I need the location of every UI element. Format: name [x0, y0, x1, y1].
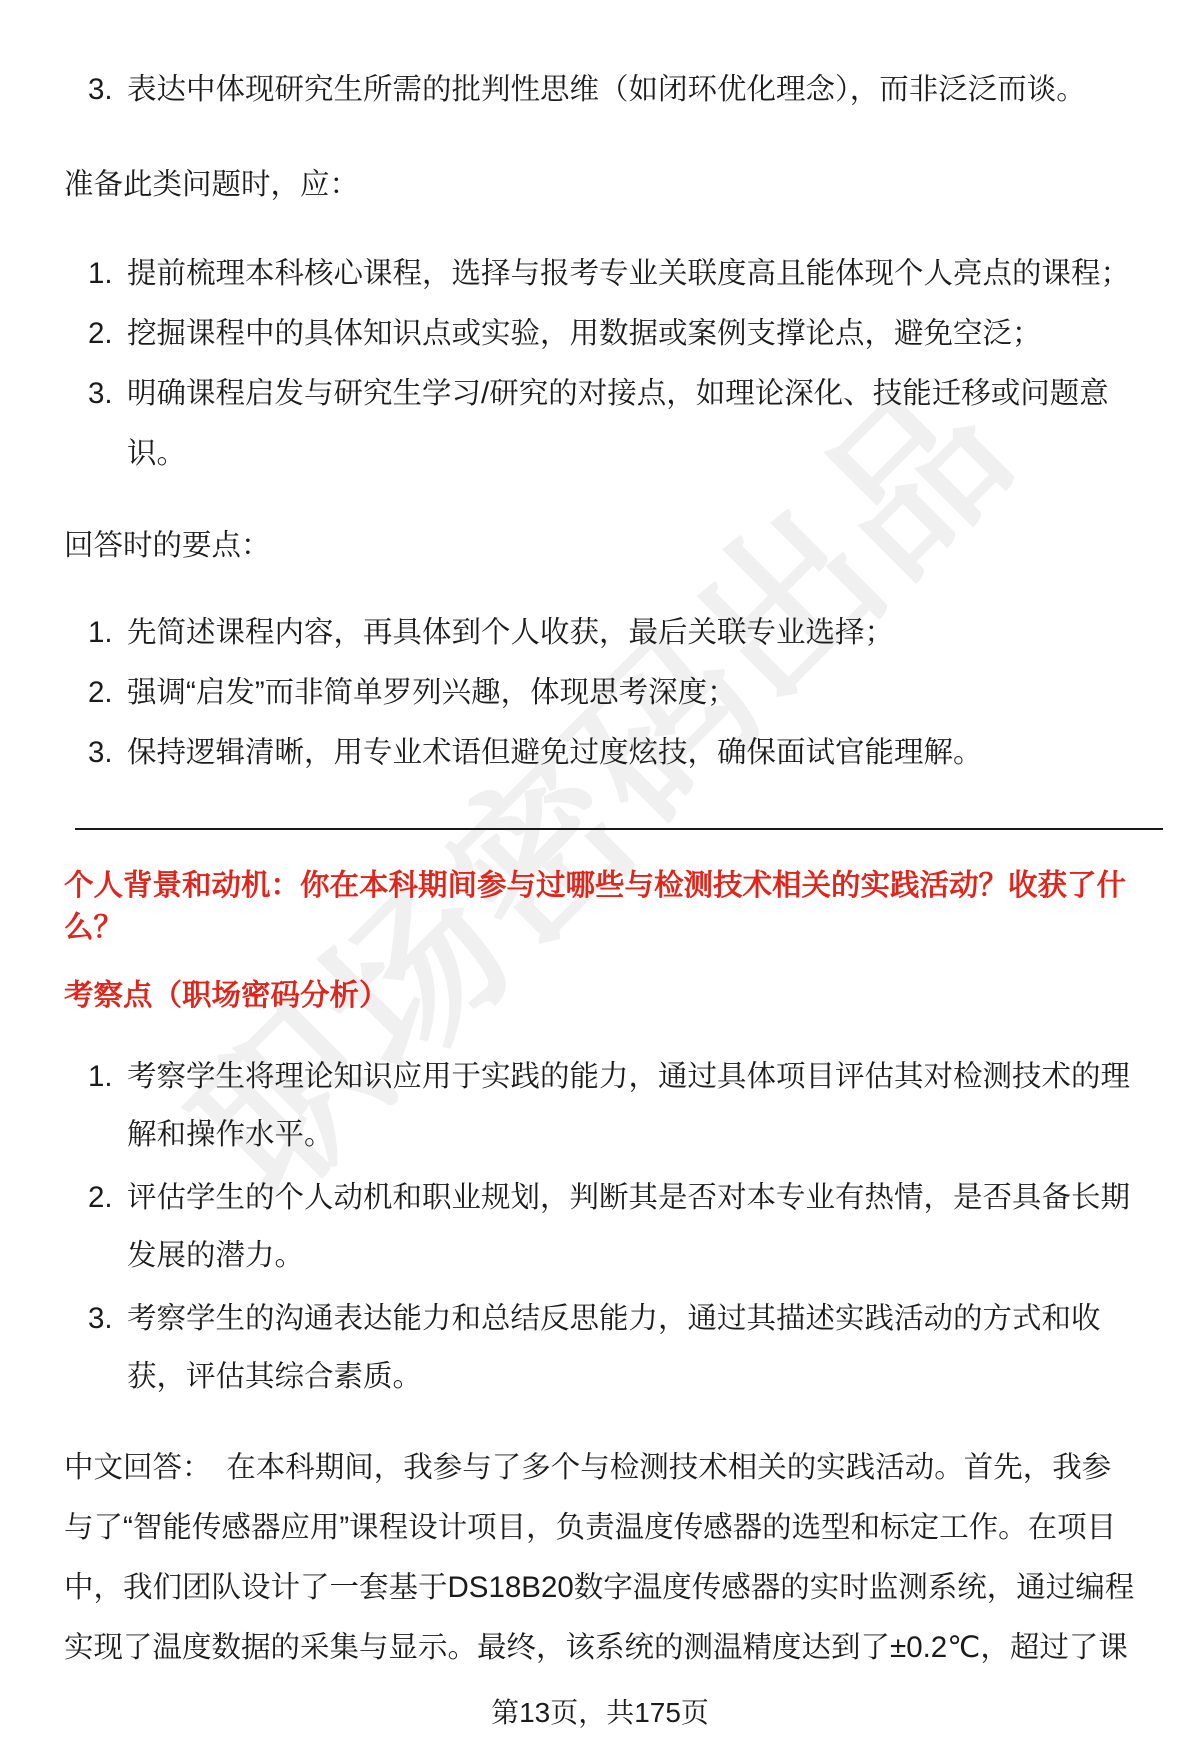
list-item: 3. 保持逻辑清晰，用专业术语但避免过度炫技，确保面试官能理解。: [64, 723, 1136, 783]
list-item-text: 明确课程启发与研究生学习/研究的对接点，如理论深化、技能迁移或问题意识。: [127, 377, 1109, 470]
list-item: 3. 表达中体现研究生所需的批判性思维（如闭环优化理念），而非泛泛而谈。: [64, 60, 1136, 120]
list-item: 1. 考察学生将理论知识应用于实践的能力，通过具体项目评估其对检测技术的理解和操…: [64, 1048, 1136, 1164]
page-content: 3. 表达中体现研究生所需的批判性思维（如闭环优化理念），而非泛泛而谈。 准备此…: [0, 0, 1200, 1728]
list-item: 1. 先简述课程内容，再具体到个人收获，最后关联专业选择；: [64, 603, 1136, 663]
list-item: 3. 考察学生的沟通表达能力和总结反思能力，通过其描述实践活动的方式和收获，评估…: [64, 1290, 1136, 1406]
list-item: 3. 明确课程启发与研究生学习/研究的对接点，如理论深化、技能迁移或问题意识。: [64, 364, 1136, 484]
list-item-text: 挖掘课程中的具体知识点或实验，用数据或案例支撑论点，避免空泛；: [127, 317, 1042, 350]
list-item-number: 3.: [88, 1290, 113, 1348]
list-item-number: 2.: [88, 304, 113, 364]
list-item-text: 评估学生的个人动机和职业规划，判断其是否对本专业有热情，是否具备长期发展的潜力。: [127, 1181, 1130, 1272]
list-item-text: 先简述课程内容，再具体到个人收获，最后关联专业选择；: [127, 616, 894, 649]
chinese-answer-paragraph: 中文回答： 在本科期间，我参与了多个与检测技术相关的实践活动。首先，我参与了“智…: [64, 1438, 1136, 1678]
list-item: 2. 挖掘课程中的具体知识点或实验，用数据或案例支撑论点，避免空泛；: [64, 304, 1136, 364]
list-item-text: 表达中体现研究生所需的批判性思维（如闭环优化理念），而非泛泛而谈。: [127, 73, 1086, 106]
list-item-number: 2.: [88, 1169, 113, 1227]
section-divider: [75, 828, 1163, 830]
page-footer: 第13页，共175页: [64, 1698, 1136, 1728]
list-item-text: 考察学生将理论知识应用于实践的能力，通过具体项目评估其对检测技术的理解和操作水平…: [127, 1060, 1130, 1151]
answer-points-heading: 回答时的要点：: [64, 516, 1136, 576]
list-item-number: 3.: [88, 60, 113, 120]
analysis-heading: 考察点（职场密码分析）: [64, 975, 1136, 1017]
list-item-number: 3.: [88, 364, 113, 424]
list-item: 2. 强调“启发”而非简单罗列兴趣，体现思考深度；: [64, 663, 1136, 723]
question-heading: 个人背景和动机：你在本科期间参与过哪些与检测技术相关的实践活动？收获了什么？: [64, 865, 1136, 949]
list-item-text: 保持逻辑清晰，用专业术语但避免过度炫技，确保面试官能理解。: [127, 736, 983, 769]
list-item-text: 强调“启发”而非简单罗列兴趣，体现思考深度；: [127, 676, 737, 709]
list-item-text: 提前梳理本科核心课程，选择与报考专业关联度高且能体现个人亮点的课程；: [127, 257, 1130, 290]
list-item-number: 1.: [88, 1048, 113, 1106]
document-page: 职场密码出品 3. 表达中体现研究生所需的批判性思维（如闭环优化理念），而非泛泛…: [0, 0, 1200, 1755]
list-item-number: 3.: [88, 723, 113, 783]
list-item: 1. 提前梳理本科核心课程，选择与报考专业关联度高且能体现个人亮点的课程；: [64, 244, 1136, 304]
list-item-text: 考察学生的沟通表达能力和总结反思能力，通过其描述实践活动的方式和收获，评估其综合…: [127, 1302, 1101, 1393]
list-item-number: 2.: [88, 663, 113, 723]
prep-section-heading: 准备此类问题时，应：: [64, 155, 1136, 215]
list-item: 2. 评估学生的个人动机和职业规划，判断其是否对本专业有热情，是否具备长期发展的…: [64, 1169, 1136, 1285]
list-item-number: 1.: [88, 244, 113, 304]
list-item-number: 1.: [88, 603, 113, 663]
